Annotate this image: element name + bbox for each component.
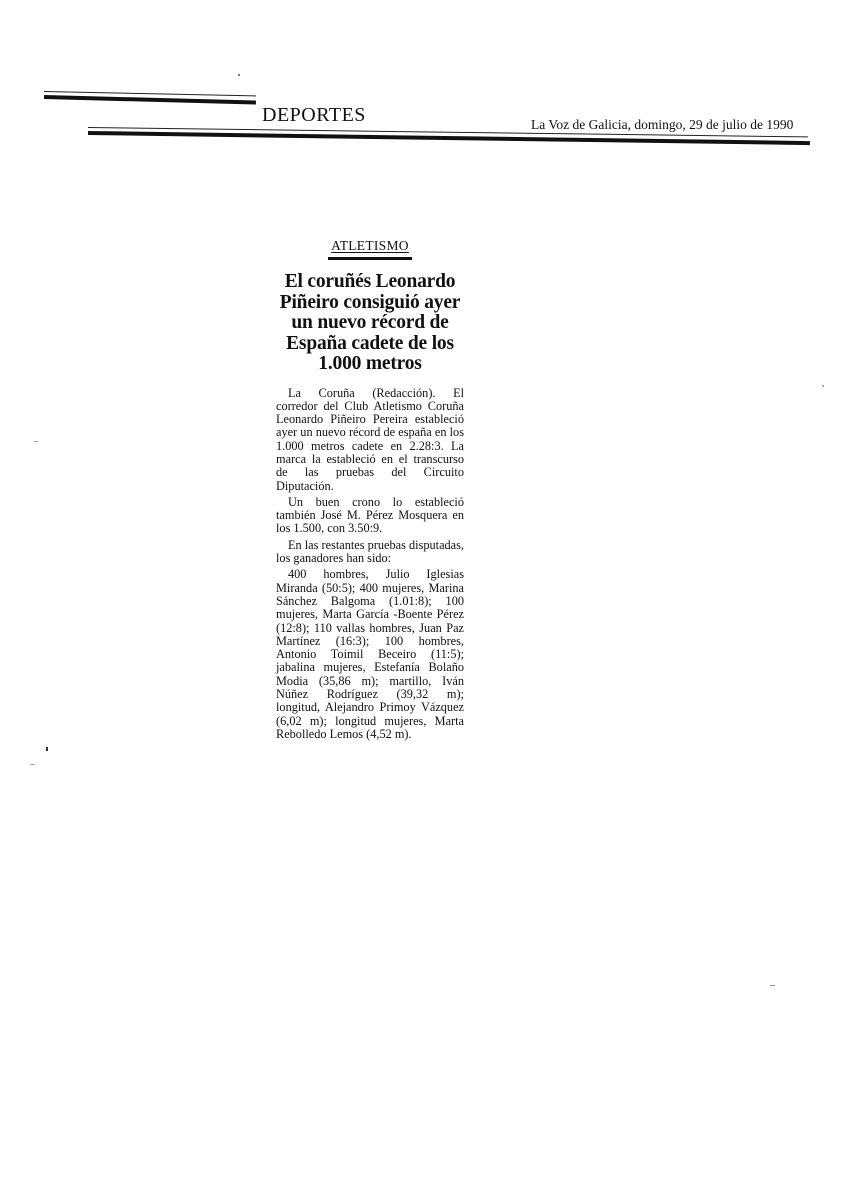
article-kicker: ATLETISMO (276, 238, 464, 254)
scan-speck (822, 385, 824, 387)
article-paragraph: La Coruña (Redacción). El corredor del C… (276, 387, 464, 493)
article: ATLETISMO El coruñés Leonardo Piñeiro co… (276, 238, 464, 744)
section-title: DEPORTES (262, 104, 366, 127)
header-rule-bottom-thick (88, 131, 810, 145)
scan-speck (46, 747, 48, 751)
scan-speck (238, 74, 240, 76)
scan-speck (770, 985, 775, 986)
article-paragraph: En las restantes pruebas disputadas, los… (276, 539, 464, 566)
article-headline: El coruñés Leonardo Piñeiro consiguió ay… (276, 272, 464, 375)
article-paragraph: Un buen crono lo estableció también José… (276, 496, 464, 536)
scan-speck (34, 441, 38, 442)
masthead-date: La Voz de Galicia, domingo, 29 de julio … (531, 117, 793, 133)
header-rule-top-thick (44, 95, 256, 105)
article-paragraph: 400 hombres, Julio Iglesias Miranda (50:… (276, 568, 464, 741)
article-body: La Coruña (Redacción). El corredor del C… (276, 387, 464, 742)
scan-speck (30, 764, 35, 765)
kicker-underline-bar (328, 257, 412, 260)
